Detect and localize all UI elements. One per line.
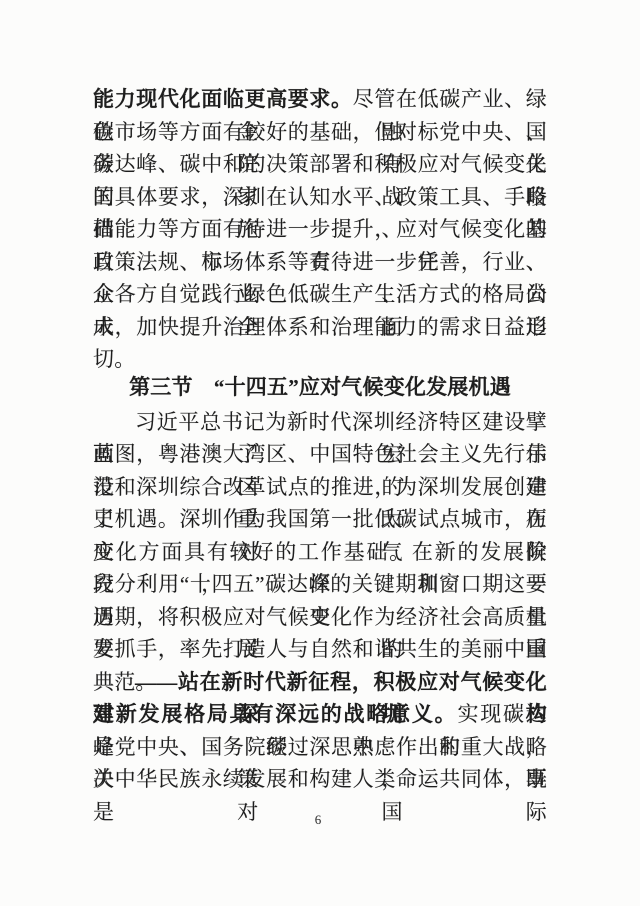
document-text-area: 能力现代化面临更高要求。尽管在低碳产业、绿色金融、碳市场等方面有较好的基础，但对…: [93, 83, 547, 796]
text-line: 史机遇。深圳作为我国第一批低碳试点城市，在应对气候: [93, 503, 547, 536]
text-segment: 成，加快提升治理体系和治理能力的需求日益迫切。: [93, 315, 547, 372]
text-line: 习近平总书记为新时代深圳经济特区建设擘画了宏伟: [93, 406, 547, 439]
bold-text-segment: 建新发展格局具有深远的战略意义。: [93, 702, 457, 726]
text-line: 蓝图，粤港澳大湾区、中国特色社会主义先行示范区的建: [93, 438, 547, 471]
text-line: 遇期，将积极应对气候变化作为经济社会高质量发展的重: [93, 601, 547, 634]
text-line: 要抓手，率先打造人与自然和谐共生的美丽中国典范。: [93, 633, 547, 666]
text-line: 是党中央、国务院经过深思熟虑作出的重大战略决策，事: [93, 731, 547, 764]
text-line: 关中华民族永续发展和构建人类命运共同体，既是对国际: [93, 763, 547, 796]
text-line: 建新发展格局具有深远的战略意义。实现碳达峰、碳中和，: [93, 698, 547, 731]
text-line: ——站在新时代新征程，积极应对气候变化对深圳构: [93, 666, 547, 699]
text-line: 碳市场等方面有较好的基础，但对标党中央、国务院有关: [93, 116, 547, 149]
document-page: 能力现代化面临更高要求。尽管在低碳产业、绿色金融、碳市场等方面有较好的基础，但对…: [0, 0, 640, 906]
text-line: 础能力等方面有待进一步提升，应对气候变化的目标责任、: [93, 213, 547, 246]
text-line: 变化方面具有较好的工作基础。在新的发展阶段，深圳要: [93, 536, 547, 569]
text-line: 能力现代化面临更高要求。尽管在低碳产业、绿色金融、: [93, 83, 547, 116]
text-line: 设和深圳综合改革试点的推进，为深圳发展创造了重大历: [93, 471, 547, 504]
text-line: 众各方自觉践行绿色低碳生产生活方式的格局尚未全面形: [93, 278, 547, 311]
bold-text-segment: 能力现代化面临更高要求。: [93, 87, 353, 111]
page-number: 6: [0, 812, 636, 828]
bold-text-segment: 第三节 “十四五”应对气候变化发展机遇: [129, 375, 511, 399]
section-heading: 第三节 “十四五”应对气候变化发展机遇: [93, 371, 547, 404]
text-line: 充分利用“十四五”碳达峰的关键期和窗口期这一历史机: [93, 568, 547, 601]
text-line: 成，加快提升治理体系和治理能力的需求日益迫切。: [93, 311, 547, 344]
text-line: 碳达峰、碳中和的决策部署和积极应对气候变化国家战略: [93, 148, 547, 181]
text-line: 的具体要求，深圳在认知水平、政策工具、手段措施、基: [93, 181, 547, 214]
text-line: 政策法规、市场体系等有待进一步完善，行业、企业、公: [93, 246, 547, 279]
